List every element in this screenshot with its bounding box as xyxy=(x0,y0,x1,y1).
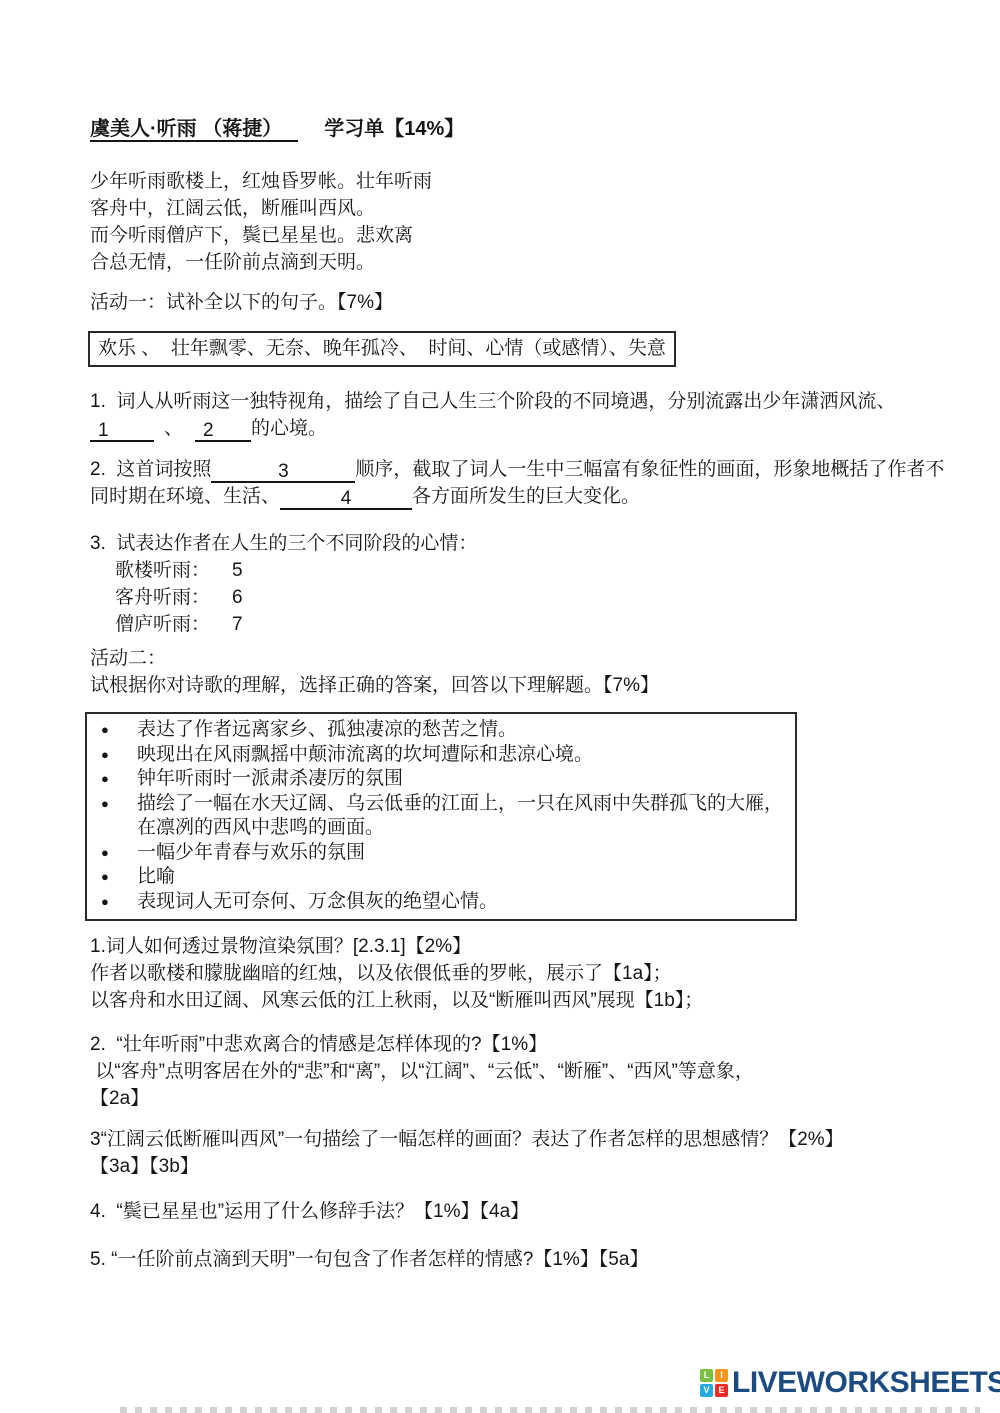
option-text: 映现出在风雨飘摇中颠沛流离的坎坷遭际和悲凉心境。 xyxy=(137,743,785,768)
question-text: 2. “壮年听雨”中悲欢离合的情感是怎样体现的?【1%】 xyxy=(90,1031,980,1058)
liveworksheets-icon: L I V E xyxy=(700,1369,728,1397)
stage-row: 僧庐听雨： 7 xyxy=(90,611,477,638)
logo-tile-i: I xyxy=(715,1369,728,1382)
answer-slot-7[interactable]: 7 xyxy=(232,611,243,638)
question-text: 以“客舟”点明客居在外的“悲”和“离”，以“江阔”、“云低”、“断雁”、“西风”… xyxy=(90,1058,980,1085)
comprehension-question-2: 2. “壮年听雨”中悲欢离合的情感是怎样体现的?【1%】 以“客舟”点明客居在外… xyxy=(90,1031,980,1112)
option-item[interactable]: ● 映现出在风雨飘摇中颠沛流离的坎坷遭际和悲凉心境。 xyxy=(95,743,785,768)
option-item[interactable]: ● 表现词人无可奈何、万念俱灰的绝望心情。 xyxy=(95,890,785,915)
bullet-icon: ● xyxy=(95,743,137,768)
comprehension-question-5: 5. “一任阶前点滴到天明”一句包含了作者怎样的情感?【1%】【5a】 xyxy=(90,1246,970,1273)
activity1-question1: 1. 词人从听雨这一独特视角，描绘了自己人生三个阶段的不同境遇，分别流露出少年潇… xyxy=(90,388,950,442)
option-text: 表现词人无可奈何、万念俱灰的绝望心情。 xyxy=(137,890,785,915)
liveworksheets-wordmark: LIVEWORKSHEETS xyxy=(732,1368,1000,1398)
answer-blank-4[interactable]: 4 xyxy=(280,485,412,510)
question-blank-row: 同时期在环境、生活、4各方面所发生的巨大变化。 xyxy=(90,483,970,510)
question-text: 4. “鬓已星星也”运用了什么修辞手法？【1%】【4a】 xyxy=(90,1198,970,1225)
stage-label: 客舟听雨： xyxy=(115,584,210,611)
bullet-icon: ● xyxy=(95,841,137,866)
blank-number: 2 xyxy=(203,420,214,441)
option-item[interactable]: ● 表达了作者远离家乡、孤独凄凉的愁苦之情。 xyxy=(95,718,785,743)
option-item[interactable]: ● 一幅少年青春与欢乐的氛围 xyxy=(95,841,785,866)
activity2-heading-line: 活动二： xyxy=(90,645,659,672)
worksheet-page: 虞美人·听雨 （蒋捷）学习单【14%】 少年听雨歌楼上，红烛昏罗帐。壮年听雨 客… xyxy=(0,0,1000,1413)
question-blank-row: 2. 这首词按照3顺序，截取了词人一生中三幅富有象征性的画面，形象地概括了作者不 xyxy=(90,456,970,483)
option-item[interactable]: ● 钟年听雨时一派肃杀凄厉的氛围 xyxy=(95,767,785,792)
stage-label: 歌楼听雨： xyxy=(115,557,210,584)
comprehension-question-3: 3“江阔云低断雁叫西风”一句描绘了一幅怎样的画面？表达了作者怎样的思想感情？【2… xyxy=(90,1126,980,1180)
bullet-icon: ● xyxy=(95,767,137,792)
answer-slot-5[interactable]: 5 xyxy=(232,557,243,584)
question-text: 的心境。 xyxy=(251,418,327,439)
poem-text: 少年听雨歌楼上，红烛昏罗帐。壮年听雨 客舟中，江阔云低，断雁叫西风。 而今听雨僧… xyxy=(90,168,432,276)
word-bank-box[interactable]: 欢乐 、 壮年飘零、无奈、晚年孤冷、 时间、心情（或感情）、失意 xyxy=(88,331,676,367)
bullet-icon: ● xyxy=(95,792,137,841)
blank-number: 1 xyxy=(98,420,109,441)
question-text: 1. 词人从听雨这一独特视角，描绘了自己人生三个阶段的不同境遇，分别流露出少年潇… xyxy=(90,388,950,415)
stage-row: 歌楼听雨： 5 xyxy=(90,557,477,584)
blank-number: 4 xyxy=(341,488,352,509)
separator: 、 xyxy=(164,418,183,439)
poem-title: 虞美人·听雨 （蒋捷） xyxy=(90,118,298,142)
answer-blank-1[interactable]: 1 xyxy=(90,417,154,442)
question-text: 作者以歌楼和朦胧幽暗的红烛，以及依偎低垂的罗帐，展示了【1a】； xyxy=(90,960,970,987)
logo-tile-l: L xyxy=(700,1369,713,1382)
answer-marker[interactable]: 【3a】【3b】 xyxy=(90,1153,980,1180)
answer-slot-6[interactable]: 6 xyxy=(232,584,243,611)
blank-number: 3 xyxy=(278,461,289,482)
answer-marker[interactable]: 【2a】 xyxy=(90,1085,980,1112)
answer-options-box: ● 表达了作者远离家乡、孤独凄凉的愁苦之情。 ● 映现出在风雨飘摇中颠沛流离的坎… xyxy=(85,712,797,921)
logo-tile-v: V xyxy=(700,1384,713,1397)
comprehension-question-4: 4. “鬓已星星也”运用了什么修辞手法？【1%】【4a】 xyxy=(90,1198,970,1225)
question-text: 1.词人如何透过景物渲染氛围？[2.3.1]【2%】 xyxy=(90,933,970,960)
option-text: 一幅少年青春与欢乐的氛围 xyxy=(137,841,785,866)
activity1-heading: 活动一：试补全以下的句子。【7%】 xyxy=(90,289,393,316)
option-text: 比喻 xyxy=(137,865,785,890)
option-text: 钟年听雨时一派肃杀凄厉的氛围 xyxy=(137,767,785,792)
question-text: 同时期在环境、生活、 xyxy=(90,486,280,507)
question-text: 3. 试表达作者在人生的三个不同阶段的心情： xyxy=(90,530,477,557)
activity2-heading-line: 试根据你对诗歌的理解，选择正确的答案，回答以下理解题。【7%】 xyxy=(90,672,659,699)
activity2-heading: 活动二： 试根据你对诗歌的理解，选择正确的答案，回答以下理解题。【7%】 xyxy=(90,645,659,699)
cutoff-next-page-text xyxy=(120,1407,980,1413)
question-text: 5. “一任阶前点滴到天明”一句包含了作者怎样的情感?【1%】【5a】 xyxy=(90,1246,970,1273)
stage-label: 僧庐听雨： xyxy=(115,611,210,638)
poem-line: 而今听雨僧庐下，鬓已星星也。悲欢离 xyxy=(90,222,432,249)
bullet-icon: ● xyxy=(95,865,137,890)
question-blank-row: 1、2的心境。 xyxy=(90,415,950,442)
question-text: 各方面所发生的巨大变化。 xyxy=(412,486,640,507)
stage-row: 客舟听雨： 6 xyxy=(90,584,477,611)
activity1-question3: 3. 试表达作者在人生的三个不同阶段的心情： 歌楼听雨： 5 客舟听雨： 6 僧… xyxy=(90,530,477,638)
poem-line: 合总无情，一任阶前点滴到天明。 xyxy=(90,249,432,276)
poem-line: 客舟中，江阔云低，断雁叫西风。 xyxy=(90,195,432,222)
option-item[interactable]: ● 比喻 xyxy=(95,865,785,890)
question-text: 3“江阔云低断雁叫西风”一句描绘了一幅怎样的画面？表达了作者怎样的思想感情？【2… xyxy=(90,1126,980,1153)
option-item[interactable]: ● 描绘了一幅在水天辽阔、乌云低垂的江面上，一只在风雨中失群孤飞的大雁，在凛冽的… xyxy=(95,792,785,841)
option-text: 描绘了一幅在水天辽阔、乌云低垂的江面上，一只在风雨中失群孤飞的大雁，在凛冽的西风… xyxy=(137,792,785,841)
comprehension-question-1: 1.词人如何透过景物渲染氛围？[2.3.1]【2%】 作者以歌楼和朦胧幽暗的红烛… xyxy=(90,933,970,1014)
worksheet-title: 虞美人·听雨 （蒋捷）学习单【14%】 xyxy=(90,116,464,143)
bullet-icon: ● xyxy=(95,890,137,915)
logo-tile-e: E xyxy=(715,1384,728,1397)
answer-blank-3[interactable]: 3 xyxy=(211,458,355,483)
bullet-icon: ● xyxy=(95,718,137,743)
question-text: 以客舟和水田辽阔、风寒云低的江上秋雨，以及“断雁叫西风”展现【1b】； xyxy=(90,987,970,1014)
answer-blank-2[interactable]: 2 xyxy=(195,417,251,442)
question-text: 2. 这首词按照 xyxy=(90,459,211,480)
option-text: 表达了作者远离家乡、孤独凄凉的愁苦之情。 xyxy=(137,718,785,743)
worksheet-label: 学习单【14%】 xyxy=(324,118,464,140)
liveworksheets-logo: L I V E LIVEWORKSHEETS xyxy=(700,1368,1000,1398)
question-text: 顺序，截取了词人一生中三幅富有象征性的画面，形象地概括了作者不 xyxy=(355,459,944,480)
activity1-question2: 2. 这首词按照3顺序，截取了词人一生中三幅富有象征性的画面，形象地概括了作者不… xyxy=(90,456,970,510)
poem-line: 少年听雨歌楼上，红烛昏罗帐。壮年听雨 xyxy=(90,168,432,195)
